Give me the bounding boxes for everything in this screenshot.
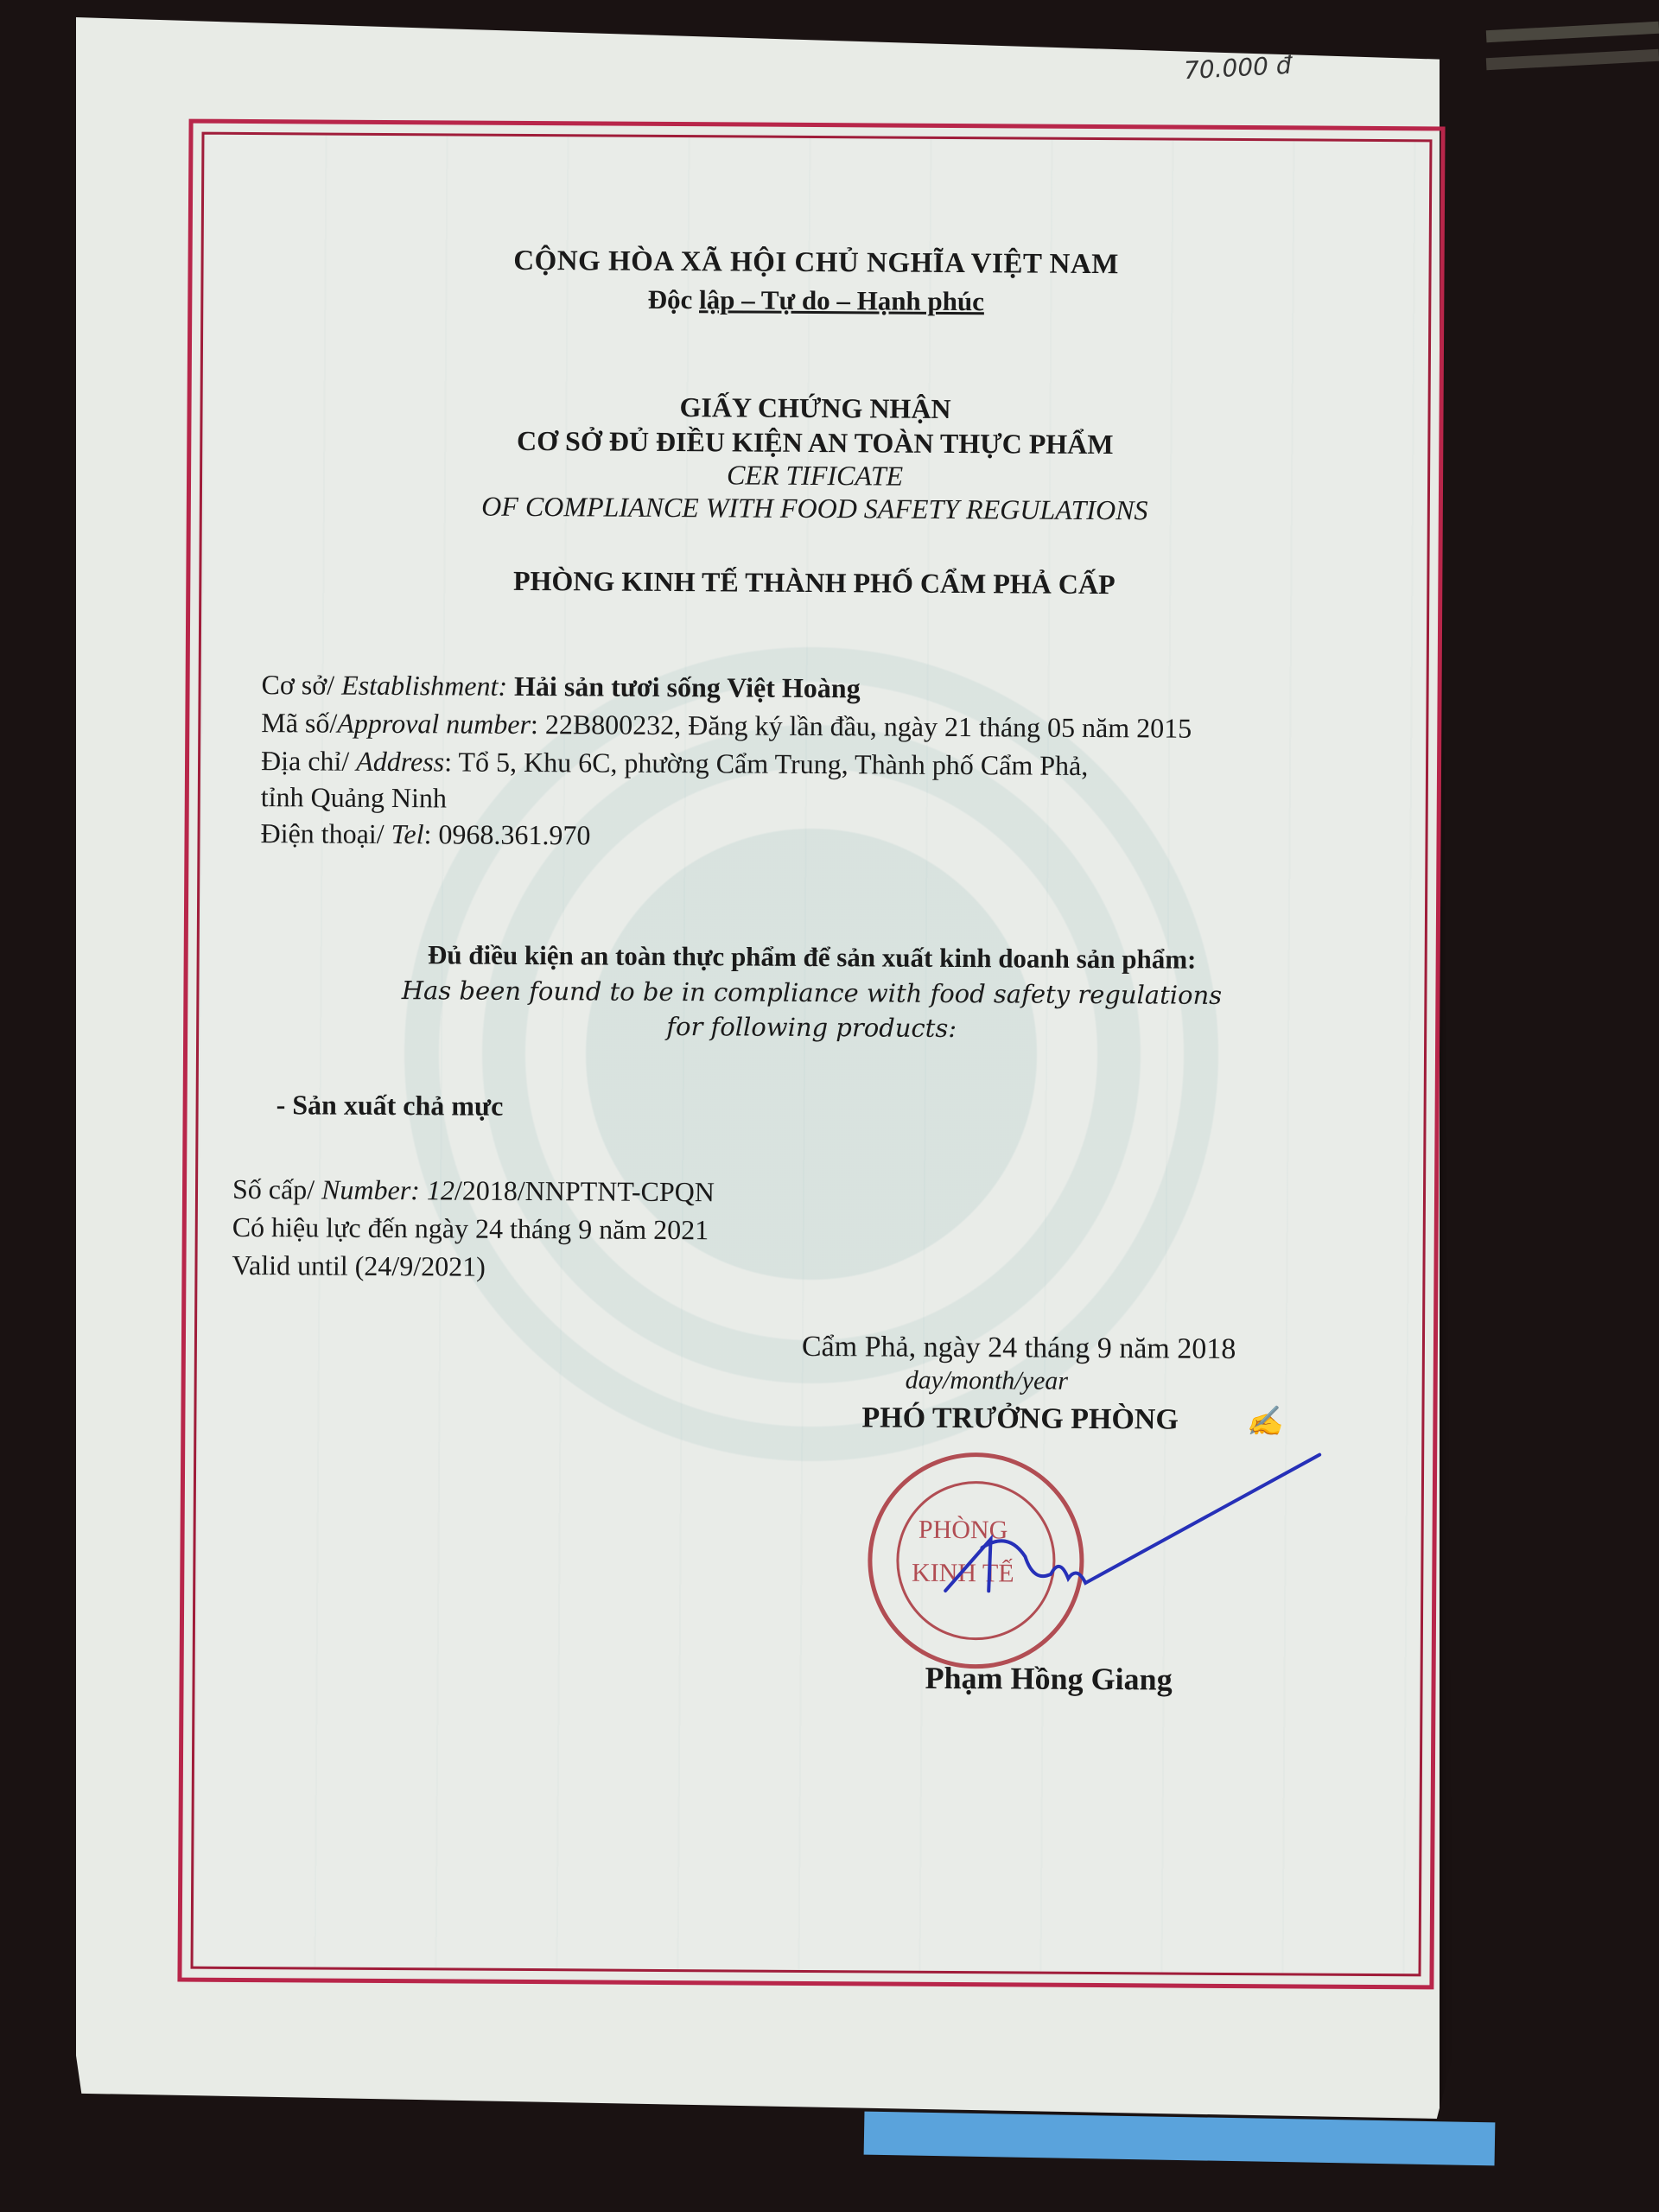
certificate-border: CỘNG HÒA XÃ HỘI CHỦ NGHĨA VIỆT NAM Độc l…: [177, 119, 1445, 1990]
underlying-blue-sheet: [864, 2112, 1496, 2166]
certificate-inner-border: CỘNG HÒA XÃ HỘI CHỦ NGHĨA VIỆT NAM Độc l…: [191, 132, 1433, 1977]
signature-scribble: [194, 135, 1431, 1698]
background-light-streak: [1486, 49, 1659, 70]
background-light-streak: [1486, 22, 1659, 42]
handwritten-price-note: 70.000 đ: [1183, 51, 1292, 85]
signer-name: Phạm Hồng Giang: [925, 1660, 1172, 1698]
certificate-content: CỘNG HÒA XÃ HỘI CHỦ NGHĨA VIỆT NAM Độc l…: [194, 135, 1430, 1974]
